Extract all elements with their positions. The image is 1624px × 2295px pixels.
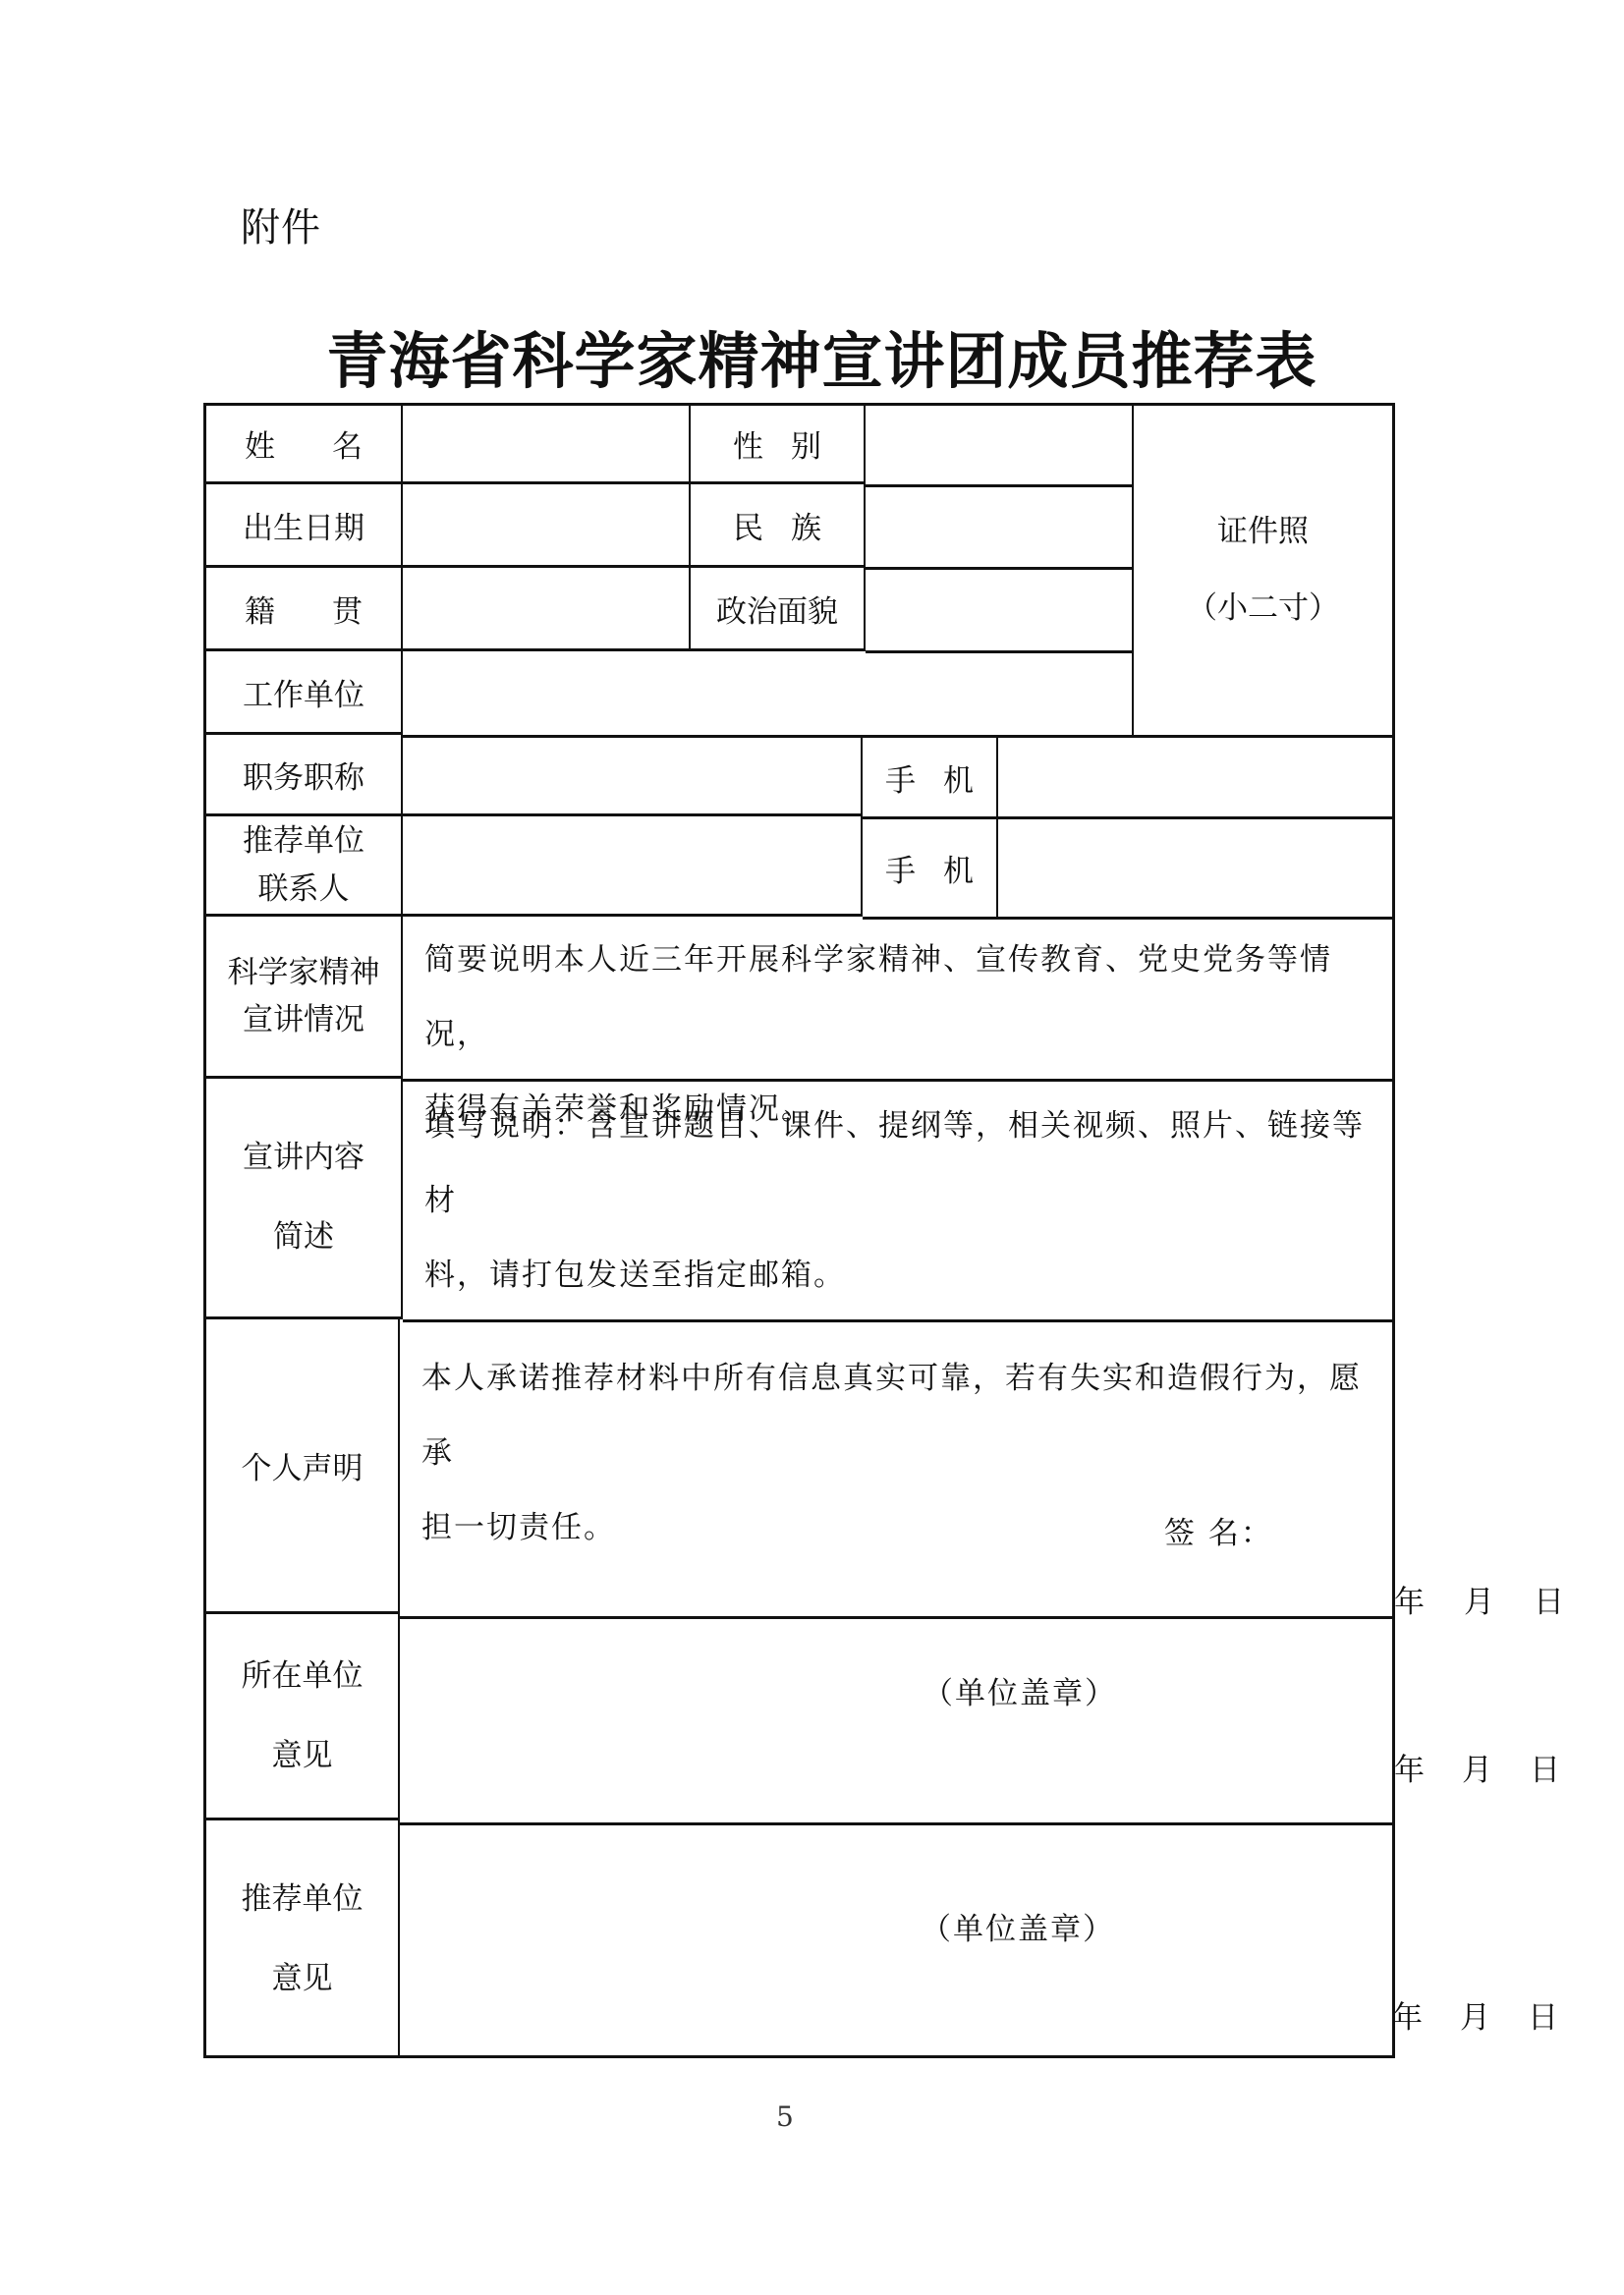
recommender-opinion-area[interactable]: （单位盖章） 年 月 日 xyxy=(400,1825,1392,2058)
lecture-status-label-line2: 宣讲情况 xyxy=(243,996,364,1043)
unit-seal-label: （单位盖章） xyxy=(923,1668,1117,1712)
date-day-label: 日 xyxy=(1530,1745,1560,1789)
date-day-label: 日 xyxy=(1534,1566,1566,1641)
contact-label-line1: 推荐单位 xyxy=(243,817,364,865)
ethnicity-input[interactable] xyxy=(866,487,1134,570)
lecture-content-label-cell: 宣讲内容 简述 xyxy=(206,1079,403,1319)
recommender-opinion-label-line2: 意见 xyxy=(272,1939,333,2019)
name-label-a: 姓 xyxy=(245,421,275,466)
work-unit-label: 工作单位 xyxy=(206,651,403,735)
phone-2-input[interactable] xyxy=(998,819,1392,920)
lecture-content-input[interactable]: 填写说明：含宣讲题目、课件、提纲等，相关视频、照片、链接等材 料，请打包发送至指… xyxy=(403,1082,1392,1322)
photo-size-note: （小二寸） xyxy=(1187,571,1339,647)
work-unit-input[interactable] xyxy=(403,653,1134,738)
recommender-opinion-label-cell: 推荐单位 意见 xyxy=(206,1820,400,2058)
position-title-input[interactable] xyxy=(403,735,863,816)
native-place-label-b: 贯 xyxy=(332,587,363,631)
form-title: 青海省科学家精神宣讲团成员推荐表 xyxy=(0,312,1624,400)
phone-2-label-a: 手 xyxy=(885,846,916,890)
unit-opinion-label-line2: 意见 xyxy=(272,1716,333,1796)
recommendation-form-table: 姓名 性别 证件照 （小二寸） 出生日期 民族 籍贯 政治面貌 工作单位 职务职… xyxy=(203,403,1395,2058)
unit-opinion-label-cell: 所在单位 意见 xyxy=(206,1614,400,1820)
phone-2-label-cell: 手机 xyxy=(863,819,998,920)
declaration-label: 个人声明 xyxy=(206,1319,400,1614)
lecture-content-label-line2: 简述 xyxy=(273,1198,334,1277)
photo-placeholder[interactable]: 证件照 （小二寸） xyxy=(1134,406,1392,738)
name-label-b: 名 xyxy=(332,421,363,466)
lecture-content-instruction-line2: 料，请打包发送至指定邮箱。 xyxy=(424,1239,846,1314)
phone-1-label-a: 手 xyxy=(885,756,916,800)
date-year-label: 年 xyxy=(1394,1745,1425,1789)
gender-label-b: 别 xyxy=(791,421,821,466)
native-place-label-a: 籍 xyxy=(245,587,275,631)
birth-date-label: 出生日期 xyxy=(206,484,403,568)
recommender-opinion-date: 年 月 日 xyxy=(1392,1992,1558,2037)
photo-label: 证件照 xyxy=(1217,494,1309,571)
date-year-label: 年 xyxy=(1392,1992,1423,2037)
phone-1-label-cell: 手机 xyxy=(863,738,998,819)
name-label-cell: 姓名 xyxy=(206,406,403,484)
date-day-label: 日 xyxy=(1528,1992,1558,2037)
name-input[interactable] xyxy=(403,406,691,484)
gender-label-a: 性 xyxy=(733,421,763,466)
lecture-content-instruction-line1: 填写说明：含宣讲题目、课件、提纲等，相关视频、照片、链接等材 xyxy=(424,1090,1378,1239)
native-place-input[interactable] xyxy=(403,568,691,651)
date-year-label: 年 xyxy=(1394,1566,1427,1641)
birth-date-input[interactable] xyxy=(403,484,691,568)
phone-2-label-b: 机 xyxy=(943,846,974,890)
page-number: 5 xyxy=(776,2100,794,2133)
recommender-opinion-label-line1: 推荐单位 xyxy=(242,1860,364,1939)
contact-label-line2: 联系人 xyxy=(258,866,350,913)
lecture-status-instruction-line1: 简要说明本人近三年开展科学家精神、宣传教育、党史党务等情况， xyxy=(424,924,1378,1073)
political-status-input[interactable] xyxy=(866,570,1134,653)
political-status-label: 政治面貌 xyxy=(691,568,866,651)
date-month-label: 月 xyxy=(1460,1992,1490,2037)
lecture-status-input[interactable]: 简要说明本人近三年开展科学家精神、宣传教育、党史党务等情况， 获得有关荣誉和奖励… xyxy=(403,920,1392,1082)
declaration-area[interactable]: 本人承诺推荐材料中所有信息真实可靠，若有失实和造假行为，愿承 担一切责任。 签 … xyxy=(400,1322,1392,1619)
phone-1-label-b: 机 xyxy=(943,756,974,800)
ethnicity-label-cell: 民族 xyxy=(691,484,866,568)
phone-1-input[interactable] xyxy=(998,738,1392,819)
declaration-date: 年 月 日 xyxy=(1394,1566,1566,1641)
date-month-label: 月 xyxy=(1464,1566,1496,1641)
unit-opinion-date: 年 月 日 xyxy=(1394,1745,1560,1789)
signature-label: 签 名： xyxy=(1164,1497,1273,1572)
lecture-status-label-line1: 科学家精神 xyxy=(228,949,380,996)
position-title-label: 职务职称 xyxy=(206,735,403,816)
gender-label-cell: 性别 xyxy=(691,406,866,484)
lecture-content-label-line1: 宣讲内容 xyxy=(243,1118,364,1198)
date-month-label: 月 xyxy=(1462,1745,1492,1789)
unit-opinion-label-line1: 所在单位 xyxy=(242,1637,364,1716)
contact-label-cell: 推荐单位 联系人 xyxy=(206,816,403,917)
declaration-text-line2: 担一切责任。 xyxy=(421,1491,616,1566)
unit-opinion-area[interactable]: （单位盖章） 年 月 日 xyxy=(400,1619,1392,1825)
declaration-text-line1: 本人承诺推荐材料中所有信息真实可靠，若有失实和造假行为，愿承 xyxy=(421,1342,1378,1491)
ethnicity-label-a: 民 xyxy=(733,503,763,547)
recommender-seal-label: （单位盖章） xyxy=(921,1904,1115,1948)
contact-input[interactable] xyxy=(403,816,863,917)
native-place-label-cell: 籍贯 xyxy=(206,568,403,651)
ethnicity-label-b: 族 xyxy=(791,503,821,547)
gender-input[interactable] xyxy=(866,406,1134,487)
attachment-label: 附件 xyxy=(241,196,321,252)
lecture-status-label-cell: 科学家精神 宣讲情况 xyxy=(206,917,403,1079)
